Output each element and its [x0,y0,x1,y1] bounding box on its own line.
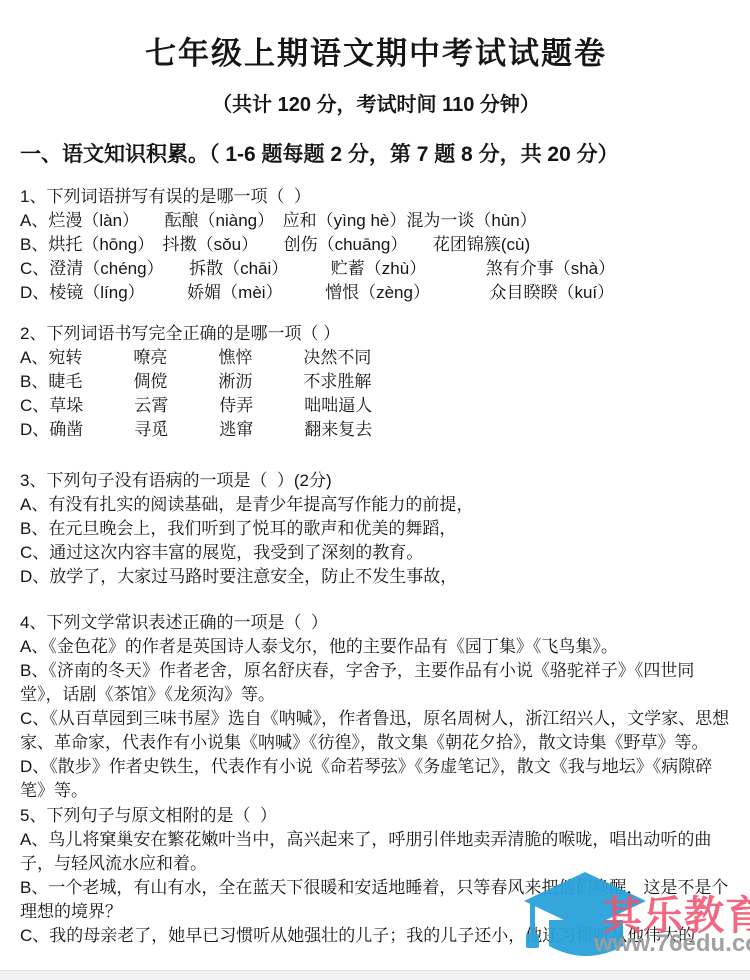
question-2-stem: 2、下列词语书写完全正确的是哪一项（ ） [20,322,732,346]
question-5: 5、下列句子与原文相附的是（ ） A、鸟儿将窠巢安在繁花嫩叶当中，高兴起来了，呼… [20,804,732,948]
question-4-stem: 4、下列文学常识表述正确的一项是（ ） [20,611,732,635]
question-1-option-b: B、烘托（hōng） 抖擞（sǒu） 创伤（chuāng） 花团锦簇(cù) [20,233,732,257]
question-3-stem: 3、下列句子没有语病的一项是（ ）(2分) [20,469,732,493]
scan-edge-strip [0,970,750,980]
question-1-stem: 1、下列词语拼写有误的是哪一项（ ） [20,185,732,209]
question-2-option-a: A、宛转 嘹亮 憔悴 决然不同 [20,346,732,370]
question-1-option-c: C、澄清（chéng） 拆散（chāi） 贮蓄（zhù） 煞有介事（shà） [20,257,732,281]
question-3-option-c: C、通过这次内容丰富的展览，我受到了深刻的教育。 [20,541,732,565]
section-heading: 一、语文知识积累。（ 1-6 题每题 2 分，第 7 题 8 分，共 20 分） [20,138,732,168]
question-5-option-b: B、一个老城，有山有水，全在蓝天下很暖和安适地睡着，只等春风来把他们唤醒，这是不… [20,876,732,924]
page-title: 七年级上期语文期中考试试题卷 [20,28,732,73]
question-1: 1、下列词语拼写有误的是哪一项（ ） A、烂漫（làn） 酝酿（niàng） 应… [20,185,732,305]
question-5-option-a: A、鸟儿将窠巢安在繁花嫩叶当中，高兴起来了，呼朋引伴地卖弄清脆的喉咙，唱出动听的… [20,828,732,876]
question-3: 3、下列句子没有语病的一项是（ ）(2分) A、有没有扎实的阅读基础，是青少年提… [20,469,732,589]
question-1-option-a: A、烂漫（làn） 酝酿（niàng） 应和（yìng hè）混为一谈（hùn） [20,209,732,233]
question-4-option-b: B、《济南的冬天》作者老舍，原名舒庆春，字舍予，主要作品有小说《骆驼祥子》《四世… [20,659,732,707]
question-5-stem: 5、下列句子与原文相附的是（ ） [20,804,732,828]
question-4-option-c: C、《从百草园到三味书屋》选自《呐喊》，作者鲁迅，原名周树人，浙江绍兴人，文学家… [20,707,732,755]
question-1-option-d: D、棱镜（líng） 娇媚（mèi） 憎恨（zèng） 众目睽睽（kuí） [20,281,732,305]
exam-paper: 七年级上期语文期中考试试题卷 （共计 120 分，考试时间 110 分钟） 一、… [0,0,750,948]
question-4-option-a: A、《金色花》的作者是英国诗人泰戈尔，他的主要作品有《园丁集》《飞鸟集》。 [20,635,732,659]
question-2-option-c: C、草垛 云霄 侍弄 咄咄逼人 [20,394,732,418]
question-2-option-b: B、睫毛 倜傥 淅沥 不求胜解 [20,370,732,394]
question-5-option-c: C、我的母亲老了，她早已习惯听从她强壮的儿子；我的儿子还小，他还习惯听从他伟大的 [20,924,732,948]
question-3-option-b: B、在元旦晚会上，我们听到了悦耳的歌声和优美的舞蹈， [20,517,732,541]
question-3-option-d: D、放学了，大家过马路时要注意安全，防止不发生事故， [20,565,732,589]
question-2-option-d: D、确凿 寻觅 逃窜 翻来复去 [20,418,732,442]
question-4-option-d: D、《散步》作者史铁生，代表作有小说《命若琴弦》《务虚笔记》，散文《我与地坛》《… [20,755,732,803]
page-subtitle: （共计 120 分，考试时间 110 分钟） [20,88,732,117]
question-2: 2、下列词语书写完全正确的是哪一项（ ） A、宛转 嘹亮 憔悴 决然不同 B、睫… [20,322,732,442]
question-4: 4、下列文学常识表述正确的一项是（ ） A、《金色花》的作者是英国诗人泰戈尔，他… [20,611,732,803]
question-3-option-a: A、有没有扎实的阅读基础，是青少年提高写作能力的前提， [20,493,732,517]
